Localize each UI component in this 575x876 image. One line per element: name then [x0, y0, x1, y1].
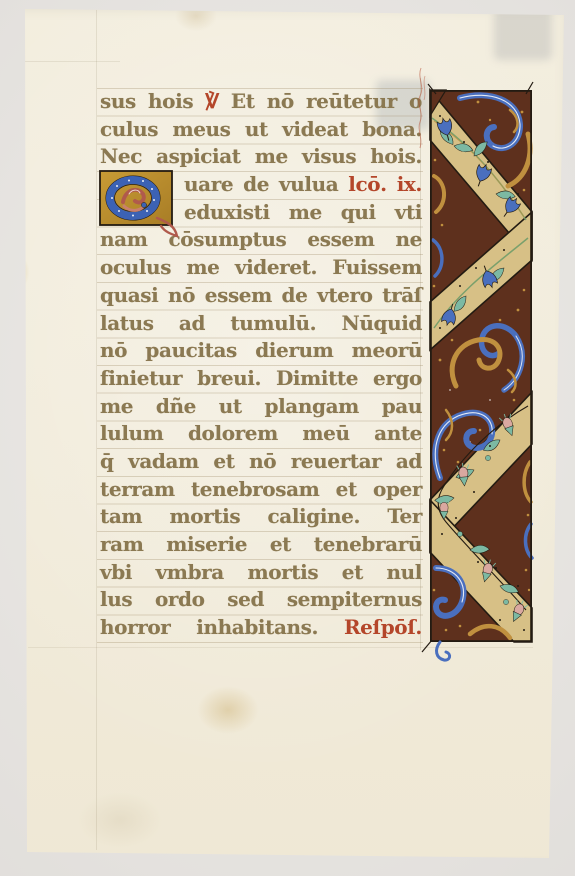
text-segment: vbi vmbra mortis et nul [100, 560, 422, 584]
initial-foliage [123, 190, 147, 211]
horizontal-crease [28, 647, 533, 648]
manuscript-line: quasi nō essem de vtero trāſ [100, 282, 422, 310]
manuscript-line: eduxisti me qui vti [100, 199, 422, 227]
gold-dots [433, 97, 531, 632]
white-ring-dots [111, 180, 155, 217]
text-segment: nam cōsumptus essem ne [100, 227, 422, 251]
initial-tail [157, 218, 177, 236]
manuscript-line: nam cōsumptus essem ne [100, 226, 422, 254]
manuscript-line: terram tenebrosam et oper [100, 476, 422, 504]
rubric-segment: ℣ [205, 89, 230, 113]
text-segment: Nec aspiciat me visus hois. [100, 144, 422, 168]
text-segment: horror inhabitans. [100, 615, 344, 639]
text-segment: finietur breui. Dimitte ergo [100, 366, 422, 390]
manuscript-line: ram miserie et tenebrarū [100, 531, 422, 559]
manuscript-line: lulum dolorem meū ante [100, 420, 422, 448]
manuscript-line: latus ad tumulū. Nūquid [100, 310, 422, 338]
grey-offset-stain [376, 80, 430, 130]
text-segment: uare de vulua [184, 172, 348, 196]
text-segment: oculus me videret. Fuissem [100, 255, 422, 279]
manuscript-line: nō paucitas dierum meorū [100, 337, 422, 365]
text-segment: culus meus ut videat bona. [100, 117, 422, 141]
corner-ticks [422, 82, 533, 652]
manuscript-line: vbi vmbra mortis et nul [100, 559, 422, 587]
tan-ribbon [430, 90, 532, 642]
text-segment: latus ad tumulū. Nūquid [100, 311, 422, 335]
corner-sliver [430, 90, 446, 116]
vertical-bounding-line [96, 10, 97, 850]
text-segment: lus ordo sed sempiternus [100, 587, 422, 611]
black-dots [439, 115, 525, 631]
manuscript-line: uare de vulua lcō. ix. [100, 171, 422, 199]
white-dots [449, 389, 491, 443]
text-segment: me dñe ut plangam pau [100, 394, 422, 418]
illuminated-border [430, 90, 532, 642]
manuscript-leaf: sus hois ℣ Et nō reūtetur oculus meus ut… [0, 0, 575, 876]
photo-backdrop: sus hois ℣ Et nō reūtetur oculus meus ut… [0, 0, 575, 876]
columbine-band [432, 116, 528, 328]
manuscript-line: culus meus ut videat bona. [100, 116, 422, 144]
thistle-band [434, 406, 528, 624]
hanging-leaf [437, 642, 450, 660]
rubric-segment: lcō. ix. [348, 172, 422, 196]
text-segment: quasi nō essem de vtero trāſ [100, 283, 422, 307]
grey-offset-stain [494, 8, 552, 60]
manuscript-line: sus hois ℣ Et nō reūtetur o [100, 88, 422, 116]
manuscript-line: horror inhabitans. Reſpōſ. [100, 614, 422, 642]
text-segment: lulum dolorem meū ante [100, 421, 422, 445]
manuscript-line: q̄ vadam et nō reuertar ad [100, 448, 422, 476]
rubric-segment: Reſpōſ. [344, 615, 422, 639]
text-segment: Et nō reūtetur o [231, 89, 422, 113]
blue-letter-ring [110, 180, 156, 216]
text-segment: q̄ vadam et nō reuertar ad [100, 449, 422, 473]
text-segment: terram tenebrosam et oper [100, 477, 422, 501]
manuscript-line: finietur breui. Dimitte ergo [100, 365, 422, 393]
manuscript-line: tam mortis caligine. Ter [100, 503, 422, 531]
vertical-bounding-line [420, 78, 421, 650]
text-segment: sus hois [100, 89, 205, 113]
text-segment: eduxisti me qui vti [184, 200, 422, 224]
text-block: sus hois ℣ Et nō reūtetur oculus meus ut… [100, 88, 422, 642]
acanthus-scrolls [433, 95, 532, 638]
manuscript-line: lus ordo sed sempiternus [100, 586, 422, 614]
ruling-grid [97, 88, 423, 644]
manuscript-line: oculus me videret. Fuissem [100, 254, 422, 282]
gold-ground [100, 171, 172, 225]
border-frame [431, 91, 531, 641]
brown-ground [430, 90, 532, 642]
text-segment: tam mortis caligine. Ter [100, 504, 422, 528]
illuminated-initial-q [99, 170, 173, 226]
text-segment: nō paucitas dierum meorū [100, 338, 422, 362]
red-margin-marks [413, 66, 429, 170]
horizontal-crease [25, 61, 120, 62]
manuscript-line: Nec aspiciat me visus hois. [100, 143, 422, 171]
manuscript-line: me dñe ut plangam pau [100, 393, 422, 421]
text-segment: ram miserie et tenebrarū [100, 532, 422, 556]
